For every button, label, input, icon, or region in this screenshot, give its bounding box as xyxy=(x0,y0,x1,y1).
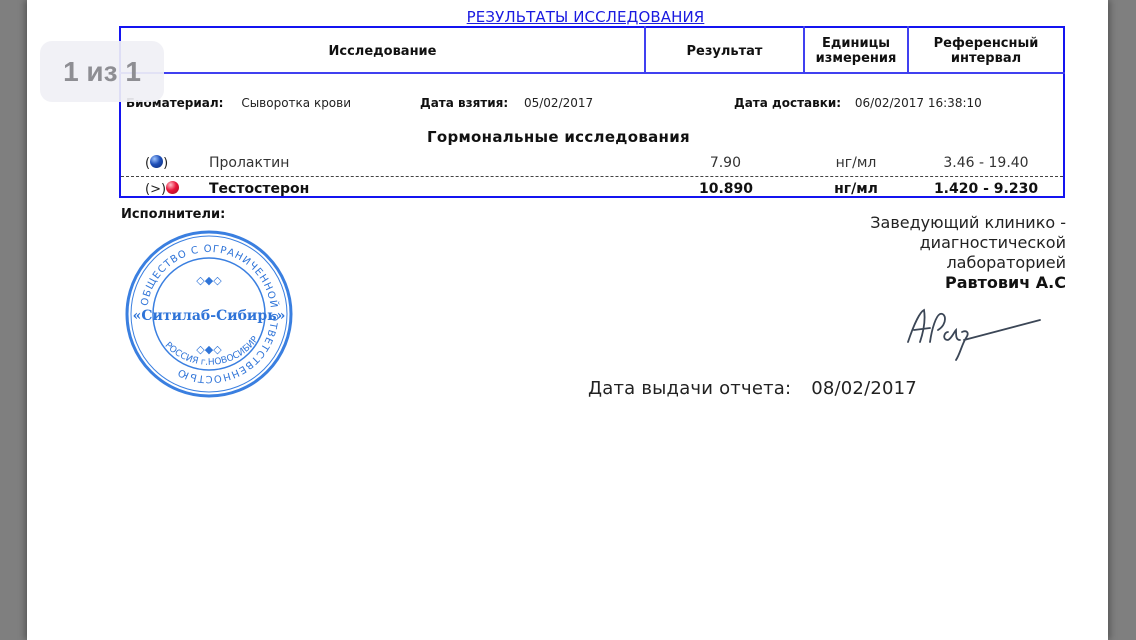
header-divider xyxy=(119,72,1065,74)
test-reference: 3.46 - 19.40 xyxy=(909,155,1063,171)
issue-date-value: 08/02/2017 xyxy=(811,378,917,399)
normal-status-ball-icon xyxy=(150,155,163,168)
delivered-date: Дата доставки: 06/02/2017 16:38:10 xyxy=(734,96,982,110)
issue-date-label: Дата выдачи отчета: xyxy=(588,378,791,399)
column-header-units: Единицы измерения xyxy=(805,36,907,66)
signature-icon xyxy=(900,302,1060,364)
document-page: РЕЗУЛЬТАТЫ ИССЛЕДОВАНИЯ Исследование Рез… xyxy=(27,0,1108,640)
flag-indicator: () xyxy=(145,155,168,171)
test-reference: 1.420 - 9.230 xyxy=(909,181,1063,197)
column-header-test: Исследование xyxy=(121,44,644,59)
executors-label: Исполнители: xyxy=(121,207,225,222)
test-name: Пролактин xyxy=(209,155,289,171)
report-title-link[interactable]: РЕЗУЛЬТАТЫ ИССЛЕДОВАНИЯ xyxy=(444,8,727,26)
high-status-ball-icon xyxy=(166,181,179,194)
test-result: 10.890 xyxy=(646,181,753,197)
collected-date: Дата взятия: 05/02/2017 xyxy=(420,96,593,110)
page-indicator-badge: 1 из 1 xyxy=(40,41,164,102)
delivered-label: Дата доставки: xyxy=(734,96,841,110)
biomaterial-value: Сыворотка крови xyxy=(241,96,351,110)
reference-header-line2: интервал xyxy=(909,51,1063,66)
section-title: Гормональные исследования xyxy=(427,128,690,146)
column-header-result: Результат xyxy=(646,44,803,59)
svg-text:«Ситилаб-Сибирь»: «Ситилаб-Сибирь» xyxy=(133,308,286,324)
row-separator xyxy=(121,176,1063,177)
units-header-line2: измерения xyxy=(805,51,907,66)
company-stamp-icon: ОБЩЕСТВО С ОГРАНИЧЕННОЙ ОТВЕТСТВЕННОСТЬЮ… xyxy=(123,228,295,400)
collected-value: 05/02/2017 xyxy=(524,96,593,110)
test-units: нг/мл xyxy=(805,181,907,197)
signer-title-line1: Заведующий клинико - xyxy=(870,213,1066,233)
signer-title-line2: диагностической xyxy=(870,233,1066,253)
svg-text:◇◆◇: ◇◆◇ xyxy=(196,343,222,356)
test-name: Тестостерон xyxy=(209,181,309,197)
issue-date: Дата выдачи отчета: 08/02/2017 xyxy=(588,378,917,399)
reference-header-line1: Референсный xyxy=(909,36,1063,51)
delivered-value: 06/02/2017 16:38:10 xyxy=(855,96,982,110)
signer-name: Равтович А.С xyxy=(870,273,1066,293)
svg-text:◇◆◇: ◇◆◇ xyxy=(196,274,222,287)
signer-title-line3: лабораторией xyxy=(870,253,1066,273)
signer-block: Заведующий клинико - диагностической лаб… xyxy=(870,213,1066,293)
test-result: 7.90 xyxy=(646,155,741,171)
flag-indicator: (>) xyxy=(145,181,179,197)
column-header-reference: Референсный интервал xyxy=(909,36,1063,66)
units-header-line1: Единицы xyxy=(805,36,907,51)
test-units: нг/мл xyxy=(805,155,907,171)
collected-label: Дата взятия: xyxy=(420,96,508,110)
flag-text: (>) xyxy=(145,182,166,197)
